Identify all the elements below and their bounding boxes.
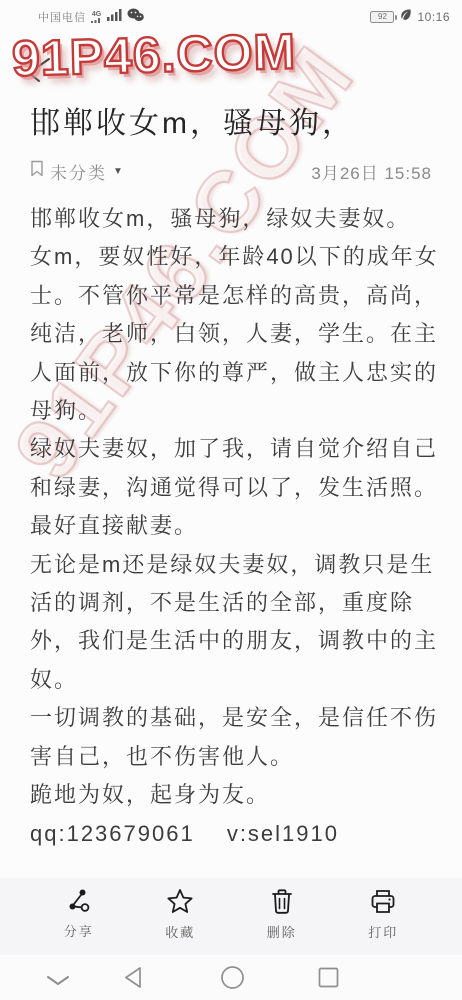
note-title: 邯郸收女m，骚母狗， — [30, 98, 442, 142]
body-line: 外，我们是生活中的朋友，调教中的主 — [30, 622, 450, 660]
body-line: 奴。 — [30, 661, 450, 699]
share-icon — [65, 888, 92, 914]
trash-icon — [269, 888, 295, 915]
phone-screen: 中国电信 4G 92 — [0, 0, 462, 1000]
body-line: 无论是m还是绿奴夫妻奴，调教只是生 — [30, 546, 450, 584]
body-line: 和绿妻，沟通觉得可以了，发生活照。 — [30, 469, 450, 507]
note-date: 3月26日 15:58 — [311, 159, 432, 184]
favorite-label: 收藏 — [165, 922, 195, 941]
printer-icon — [369, 888, 397, 915]
print-label: 打印 — [368, 922, 398, 941]
chevron-down-icon[interactable] — [46, 973, 70, 991]
body-line: 活的调剂，不是生活的全部，重度除 — [30, 584, 450, 622]
category-selector[interactable]: 未分类 ▼ — [30, 159, 123, 184]
body-line: 邯郸收女m，骚母狗，绿奴夫妻奴。 — [30, 200, 450, 238]
delete-label: 删除 — [267, 922, 297, 941]
signal-bars-icon — [107, 8, 122, 26]
note-body: 邯郸收女m，骚母狗，绿奴夫妻奴。 女m，要奴性好，年龄40以下的成年女 士。不管… — [0, 200, 462, 853]
body-line: 害自己，也不伤害他人。 — [30, 738, 450, 776]
eye-comfort-leaf-icon — [399, 8, 412, 26]
share-label: 分享 — [64, 921, 94, 940]
battery-icon: 92 — [370, 11, 394, 23]
body-line: 一切调教的基础，是安全，是信任不伤 — [30, 699, 450, 737]
body-line: 绿奴夫妻奴，加了我，请自觉介绍自己 — [30, 430, 450, 468]
bottom-toolbar: 分享 收藏 删除 — [0, 878, 462, 955]
favorite-button[interactable]: 收藏 — [165, 888, 195, 941]
carrier-label: 中国电信 — [38, 9, 86, 25]
home-circle-icon[interactable] — [220, 965, 245, 995]
watermark-overlay: 91P46.COM — [11, 22, 297, 87]
delete-button[interactable]: 删除 — [267, 888, 297, 941]
wechat-icon — [127, 8, 144, 27]
body-line: 女m，要奴性好，年龄40以下的成年女 — [30, 238, 450, 276]
body-line: 士。不管你平常是怎样的高贵，高尚， — [30, 277, 450, 315]
body-line: 跪地为奴，起身为友。 — [30, 776, 450, 814]
body-line: 人面前，放下你的尊严，做主人忠实的 — [30, 354, 450, 392]
note-meta-row: 未分类 ▼ 3月26日 15:58 — [30, 157, 432, 185]
body-line: 母狗。 — [30, 392, 450, 430]
back-triangle-icon[interactable] — [122, 965, 144, 995]
bookmark-icon — [30, 160, 44, 182]
network-type-icon: 4G — [91, 11, 102, 23]
star-icon — [166, 888, 194, 915]
battery-percent: 92 — [378, 13, 387, 21]
contact-line: qq:123679061 v:sel1910 — [30, 815, 450, 853]
share-button[interactable]: 分享 — [64, 888, 94, 940]
category-label: 未分类 — [50, 159, 107, 184]
chevron-down-icon: ▼ — [113, 166, 123, 177]
clock-time: 10:16 — [417, 10, 450, 24]
status-bar: 中国电信 4G 92 — [0, 0, 462, 30]
body-line: 纯洁，老师，白领，人妻，学生。在主 — [30, 315, 450, 353]
body-line: 最好直接献妻。 — [30, 507, 450, 545]
navigation-bar — [0, 955, 462, 1000]
print-button[interactable]: 打印 — [368, 888, 398, 941]
recents-square-icon[interactable] — [318, 967, 339, 993]
